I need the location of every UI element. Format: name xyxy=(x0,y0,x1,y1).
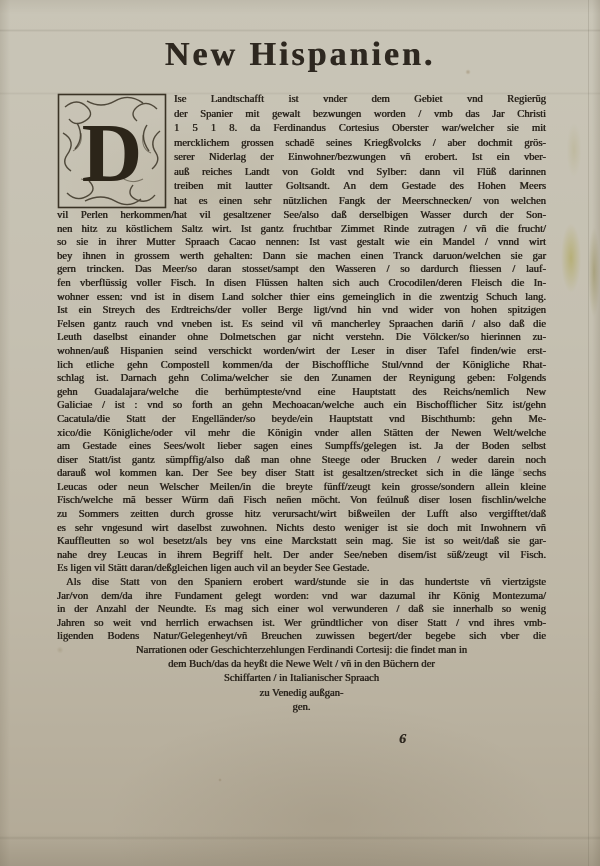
intro-row: D Ise Landtschafft ist vnder dem Gebiet … xyxy=(57,93,546,209)
text-line: Kauffleutten so wol besetzt/als bey vns … xyxy=(57,535,546,549)
text-line: nahe drey Leucas in ihrem Begriff helt. … xyxy=(57,549,546,563)
text-line: Jar/von dem/da ihre Fundament gelegt wor… xyxy=(57,590,546,604)
text-line: bey ihnen in grossem werth gehalten: Dan… xyxy=(57,250,546,264)
text-line: ligenden Bodens Natur/Gelegenheyt/vñ Bre… xyxy=(57,630,546,644)
scanned-page: New Hispanien. xyxy=(0,0,600,866)
text-line: am Gestade eines Sees/wolt lieber sagen … xyxy=(57,440,546,454)
text-line: treiben mit lautter Goltsandt. An dem Ge… xyxy=(174,180,546,195)
text-line: Als dise Statt von den Spaniern erobert … xyxy=(57,576,546,590)
text-line: fen vberflüssig voller Fisch. In disen F… xyxy=(57,277,546,291)
text-line: wohner essen: vnd ist in disem Land solc… xyxy=(57,291,546,305)
page-title: New Hispanien. xyxy=(0,36,600,74)
text-line: Ist ein Streych des Erdtreichs/der volle… xyxy=(57,304,546,318)
text-line: Jahren so weit vnd herrlich erwachsen is… xyxy=(57,617,546,631)
text-line: dem Buch/das da heyßt die Newe Welt / vñ… xyxy=(57,658,546,672)
text-line: zu Sommers zeitten durch grosse hitz ver… xyxy=(57,508,546,522)
text-line: wohnen/auß Hispanien seind verschickt wo… xyxy=(57,345,546,359)
woodcut-initial-icon: D xyxy=(57,93,167,209)
body-lines: vil Perlen herkommen/hat vil gesaltzener… xyxy=(57,209,546,562)
text-line: Ise Landtschafft ist vnder dem Gebiet vn… xyxy=(174,93,546,108)
text-line: der Spanier mit gewalt bezwungen worden … xyxy=(174,108,546,123)
text-line: nen hitz zu köstlichem Saltz wirt. Ist g… xyxy=(57,223,546,237)
text-line: Cacatula/die Statt der Engelländer/so be… xyxy=(57,413,546,427)
text-line: schlag ist. Darnach gehn Colima/welcher … xyxy=(57,372,546,386)
text-line: Felsen gantz rauch vnd vneben ist. Es se… xyxy=(57,318,546,332)
intro-lines: Ise Landtschafft ist vnder dem Gebiet vn… xyxy=(174,93,546,209)
text-line: mercklichem grossen schadẽ seines Kriegß… xyxy=(174,137,546,152)
text-line: Leuth daselbst einander ohne Dolmetschen… xyxy=(57,331,546,345)
paragraph-end-line: Es ligen vil Stätt daran/deßgleichen lig… xyxy=(57,562,546,576)
text-line: Narrationen oder Geschichterzehlungen Fe… xyxy=(57,644,546,658)
text-line: Fisch/welche mã besser Würm dañ Fisch ne… xyxy=(57,494,546,508)
paper-crease xyxy=(0,836,600,840)
text-line: Leucas oder neun Welscher Meilen/in die … xyxy=(57,481,546,495)
text-line: in der Anzahl der Neundte. Es mag sich e… xyxy=(57,603,546,617)
text-line: auß reiches Landt von Goldt vnd Sylber: … xyxy=(174,166,546,181)
text-line: Galiciae / ist : vnd so forth an gehn Me… xyxy=(57,399,546,413)
page-edge-line xyxy=(588,0,589,866)
page-title-text: New Hispanien. xyxy=(165,36,436,73)
text-line: lich etliche gehn Compostell kommen/da d… xyxy=(57,359,546,373)
closing-lines: Narrationen oder Geschichterzehlungen Fe… xyxy=(57,644,546,715)
text-line: gehn Guadalajara/welche die berhümpteste… xyxy=(57,386,546,400)
text-line: Schiffarten / in Italianischer Spraach xyxy=(57,672,546,686)
drop-cap-letter: D xyxy=(82,107,143,200)
text-block: D Ise Landtschafft ist vnder dem Gebiet … xyxy=(57,93,546,715)
text-line: diser Statt/ist gantz sümpffig/also daß … xyxy=(57,454,546,468)
text-line: gen. xyxy=(57,701,546,715)
text-line: hat es einen sehr nützlichen Fangk der M… xyxy=(174,195,546,210)
text-line: serer Niderlag der Einwohner/bezwungen v… xyxy=(174,151,546,166)
text-line: 1 5 1 8. da Ferdinandus Cortesius Oberst… xyxy=(174,122,546,137)
text-line: es sehr vngesund wirt daselbst zuwohnen.… xyxy=(57,522,546,536)
paper-crease xyxy=(0,29,600,32)
text-line: xico/die Königliche/oder vil mehr die Kö… xyxy=(57,427,546,441)
text-line: vil Perlen herkommen/hat vil gesaltzener… xyxy=(57,209,546,223)
text-line: gern trincken. Das Meer/so daran stosset… xyxy=(57,263,546,277)
text-line: so sie in ihrer Mutter Spraach Cacao nen… xyxy=(57,236,546,250)
signature-mark: 6 xyxy=(399,732,406,748)
paragraph2-lines: Als dise Statt von den Spaniern erobert … xyxy=(57,576,546,644)
text-line: zu Venedig außgan- xyxy=(57,687,546,701)
text-line: darauß wol kommen kan. Der See bey diser… xyxy=(57,467,546,481)
